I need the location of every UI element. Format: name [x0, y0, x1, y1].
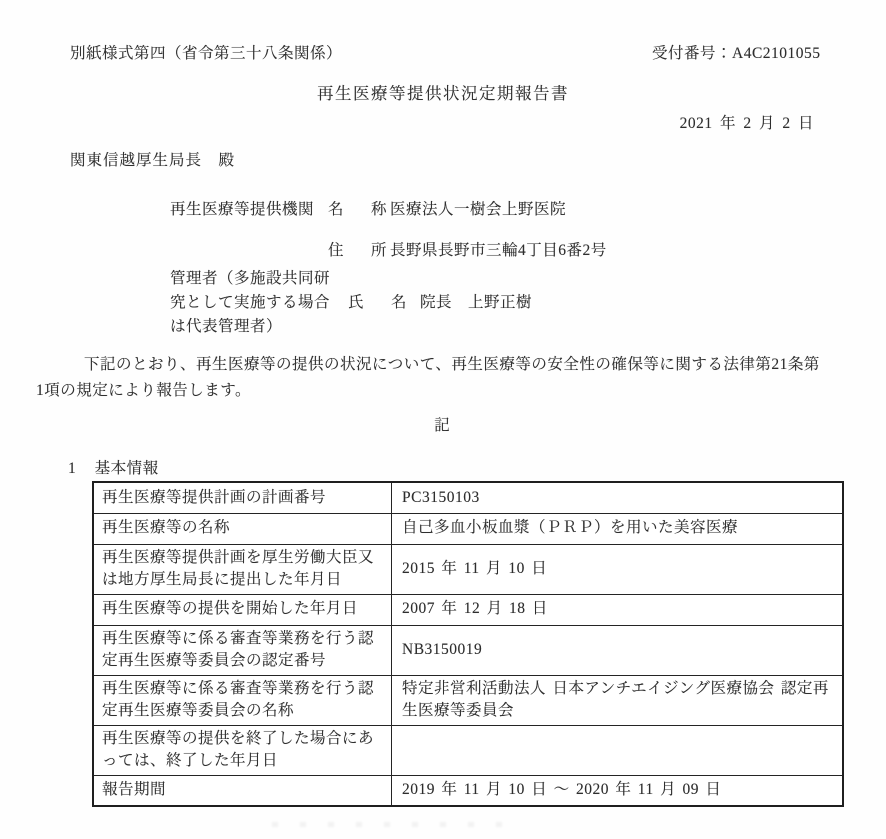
report-date: 2021 年 2 月 2 日 [680, 111, 814, 133]
table-row: 報告期間 2019 年 11 月 10 日 ～ 2020 年 11 月 09 日 [93, 775, 843, 806]
table-row: 再生医療等に係る審査等業務を行う認定再生医療等委員会の名称 特定非営利活動法人 … [93, 675, 843, 725]
row-label: 再生医療等に係る審査等業務を行う認定再生医療等委員会の認定番号 [93, 625, 392, 675]
section-heading-basic-info: 1 基本情報 [68, 456, 159, 478]
document-title: 再生医療等提供状況定期報告書 [0, 80, 886, 104]
basic-info-table: 再生医療等提供計画の計画番号 PC3150103 再生医療等の名称 自己多血小板… [92, 481, 844, 807]
receipt-number: 受付番号：A4C2101055 [652, 41, 821, 63]
report-statement: 下記のとおり、再生医療等の提供の状況について、再生医療等の安全性の確保等に関する… [36, 352, 836, 404]
addressee: 関東信越厚生局長 殿 [70, 148, 235, 170]
provider-name-label: 名 称 [328, 197, 393, 219]
row-value: NB3150019 [392, 625, 844, 675]
row-value: PC3150103 [392, 482, 844, 513]
statement-line1: 下記のとおり、再生医療等の提供の状況について、再生医療等の安全性の確保等に関する… [36, 352, 836, 378]
scanned-report-page: 別紙様式第四（省令第三十八条関係） 受付番号：A4C2101055 再生医療等提… [0, 0, 886, 839]
provider-address-value: 長野県長野市三輪4丁目6番2号 [390, 238, 607, 260]
manager-label-line3: は代表管理者） [170, 314, 282, 336]
row-value: 特定非営利活動法人 日本アンチエイジング医療協会 認定再生医療等委員会 [392, 675, 844, 725]
section-number: 1 [68, 460, 76, 478]
provider-institution-label: 再生医療等提供機関 [170, 197, 314, 219]
row-label: 報告期間 [93, 775, 392, 806]
table-row: 再生医療等に係る審査等業務を行う認定再生医療等委員会の認定番号 NB315001… [93, 625, 843, 675]
row-value: 自己多血小板血漿（ＰＲＰ）を用いた美容医療 [392, 513, 844, 544]
row-value-empty [392, 725, 844, 775]
row-label: 再生医療等提供計画の計画番号 [93, 482, 392, 513]
table-row: 再生医療等の名称 自己多血小板血漿（ＰＲＰ）を用いた美容医療 [93, 513, 843, 544]
row-label: 再生医療等の名称 [93, 513, 392, 544]
row-value: 2015 年 11 月 10 日 [392, 544, 844, 594]
statement-line2: 1項の規定により報告します。 [36, 378, 836, 404]
row-label: 再生医療等に係る審査等業務を行う認定再生医療等委員会の名称 [93, 675, 392, 725]
row-value: 2019 年 11 月 10 日 ～ 2020 年 11 月 09 日 [392, 775, 844, 806]
row-label: 再生医療等の提供を開始した年月日 [93, 594, 392, 625]
provider-address-label: 住 所 [328, 238, 393, 260]
section-title: 基本情報 [95, 456, 159, 478]
ki-divider: 記 [0, 413, 886, 435]
manager-name-value: 院長 上野正樹 [420, 290, 532, 312]
table-row: 再生医療等提供計画を厚生労働大臣又は地方厚生局長に提出した年月日 2015 年 … [93, 544, 843, 594]
table-row: 再生医療等の提供を終了した場合にあっては、終了した年月日 [93, 725, 843, 775]
row-label: 再生医療等の提供を終了した場合にあっては、終了した年月日 [93, 725, 392, 775]
provider-name-value: 医療法人一樹会上野医院 [390, 197, 566, 219]
manager-label-line2: 究として実施する場合 [170, 290, 330, 312]
scan-artifact [272, 822, 512, 827]
form-style-code: 別紙様式第四（省令第三十八条関係） [70, 41, 342, 63]
row-value: 2007 年 12 月 18 日 [392, 594, 844, 625]
row-label: 再生医療等提供計画を厚生労働大臣又は地方厚生局長に提出した年月日 [93, 544, 392, 594]
manager-label-line1: 管理者（多施設共同研 [170, 266, 330, 288]
table-row: 再生医療等提供計画の計画番号 PC3150103 [93, 482, 843, 513]
table-row: 再生医療等の提供を開始した年月日 2007 年 12 月 18 日 [93, 594, 843, 625]
manager-name-label: 氏 名 [348, 290, 413, 312]
